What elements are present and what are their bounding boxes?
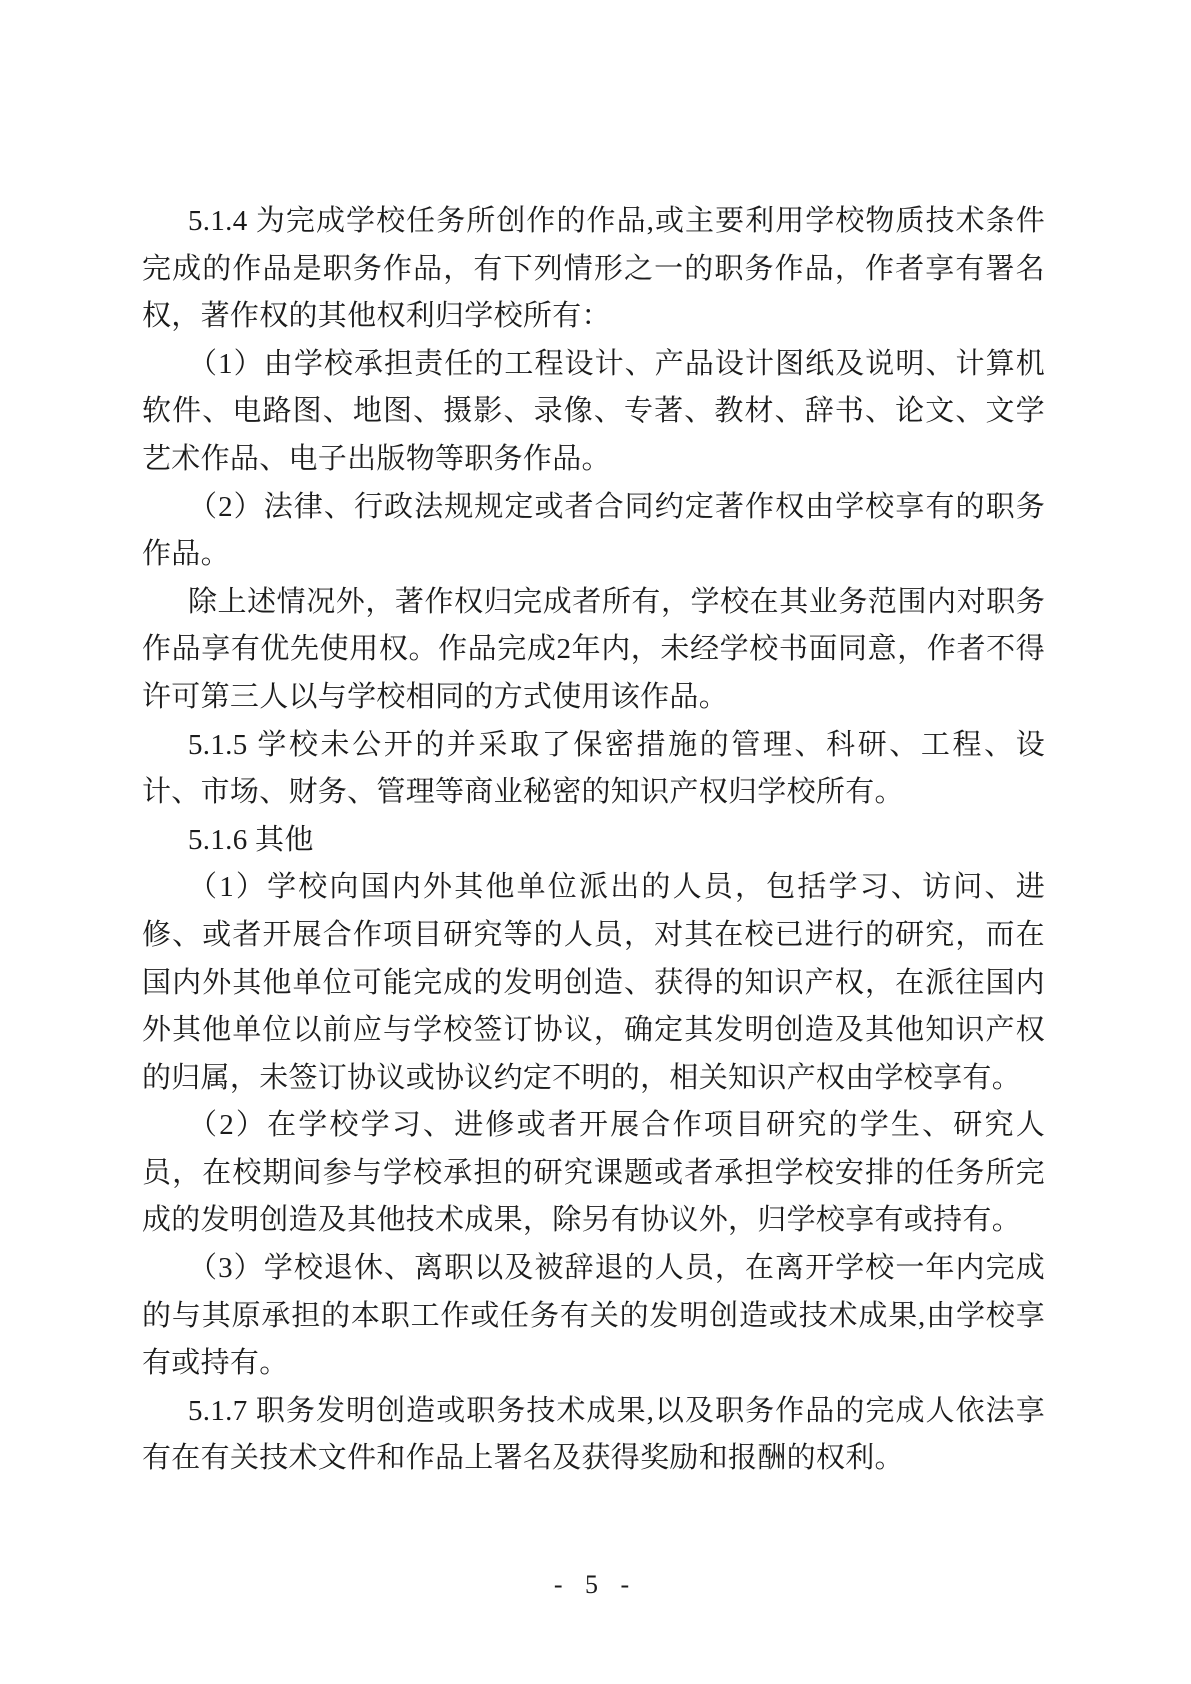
paragraph-5-1-4: 5.1.4 为完成学校任务所创作的作品,或主要利用学校物质技术条件完成的作品是职… [142, 198, 1045, 341]
paragraph-5-1-6-item-2: （2）在学校学习、进修或者开展合作项目研究的学生、研究人员，在校期间参与学校承担… [142, 1102, 1045, 1245]
paragraph-5-1-5: 5.1.5 学校未公开的并采取了保密措施的管理、科研、工程、设计、市场、财务、管… [142, 722, 1045, 817]
paragraph-5-1-6-item-1: （1）学校向国内外其他单位派出的人员，包括学习、访问、进修、或者开展合作项目研究… [142, 864, 1045, 1102]
document-body: 5.1.4 为完成学校任务所创作的作品,或主要利用学校物质技术条件完成的作品是职… [142, 198, 1045, 1483]
document-page: 5.1.4 为完成学校任务所创作的作品,或主要利用学校物质技术条件完成的作品是职… [0, 0, 1191, 1684]
paragraph-5-1-4-item-2: （2）法律、行政法规规定或者合同约定著作权由学校享有的职务作品。 [142, 484, 1045, 579]
paragraph-5-1-7: 5.1.7 职务发明创造或职务技术成果,以及职务作品的完成人依法享有在有关技术文… [142, 1388, 1045, 1483]
paragraph-5-1-4-item-1: （1）由学校承担责任的工程设计、产品设计图纸及说明、计算机软件、电路图、地图、摄… [142, 341, 1045, 484]
page-number: - 5 - [0, 1570, 1191, 1600]
paragraph-5-1-6-item-3: （3）学校退休、离职以及被辞退的人员，在离开学校一年内完成的与其原承担的本职工作… [142, 1245, 1045, 1388]
paragraph-5-1-4-note: 除上述情况外，著作权归完成者所有，学校在其业务范围内对职务作品享有优先使用权。作… [142, 579, 1045, 722]
paragraph-5-1-6: 5.1.6 其他 [142, 817, 1045, 865]
